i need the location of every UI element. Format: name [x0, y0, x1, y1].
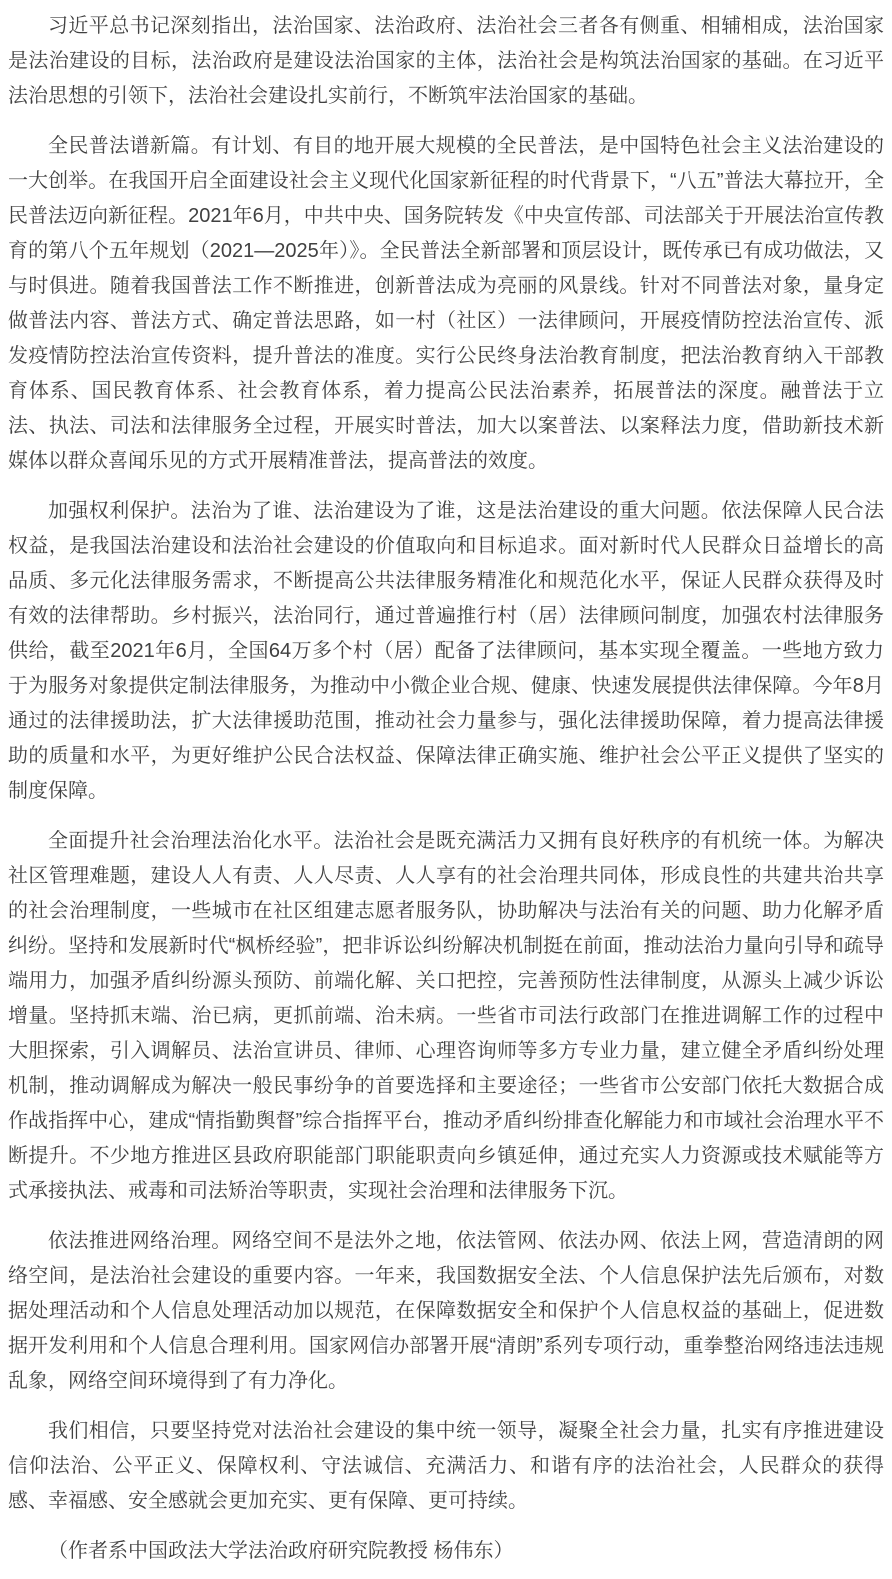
article-paragraph: 全民普法谱新篇。有计划、有目的地开展大规模的全民普法，是中国特色社会主义法治建设…	[8, 129, 884, 479]
article-paragraph: 我们相信，只要坚持党对法治社会建设的集中统一领导，凝聚全社会力量，扎实有序推进建…	[8, 1414, 884, 1519]
article-paragraph: 全面提升社会治理法治化水平。法治社会是既充满活力又拥有良好秩序的有机统一体。为解…	[8, 824, 884, 1209]
article-paragraph: 加强权利保护。法治为了谁、法治建设为了谁，这是法治建设的重大问题。依法保障人民合…	[8, 494, 884, 809]
article-paragraph: 习近平总书记深刻指出，法治国家、法治政府、法治社会三者各有侧重、相辅相成，法治国…	[8, 9, 884, 114]
article-author-line: （作者系中国政法大学法治政府研究院教授 杨伟东）	[8, 1534, 884, 1569]
article-paragraph: 依法推进网络治理。网络空间不是法外之地，依法管网、依法办网、依法上网，营造清朗的…	[8, 1224, 884, 1399]
article: 习近平总书记深刻指出，法治国家、法治政府、法治社会三者各有侧重、相辅相成，法治国…	[8, 9, 884, 1569]
